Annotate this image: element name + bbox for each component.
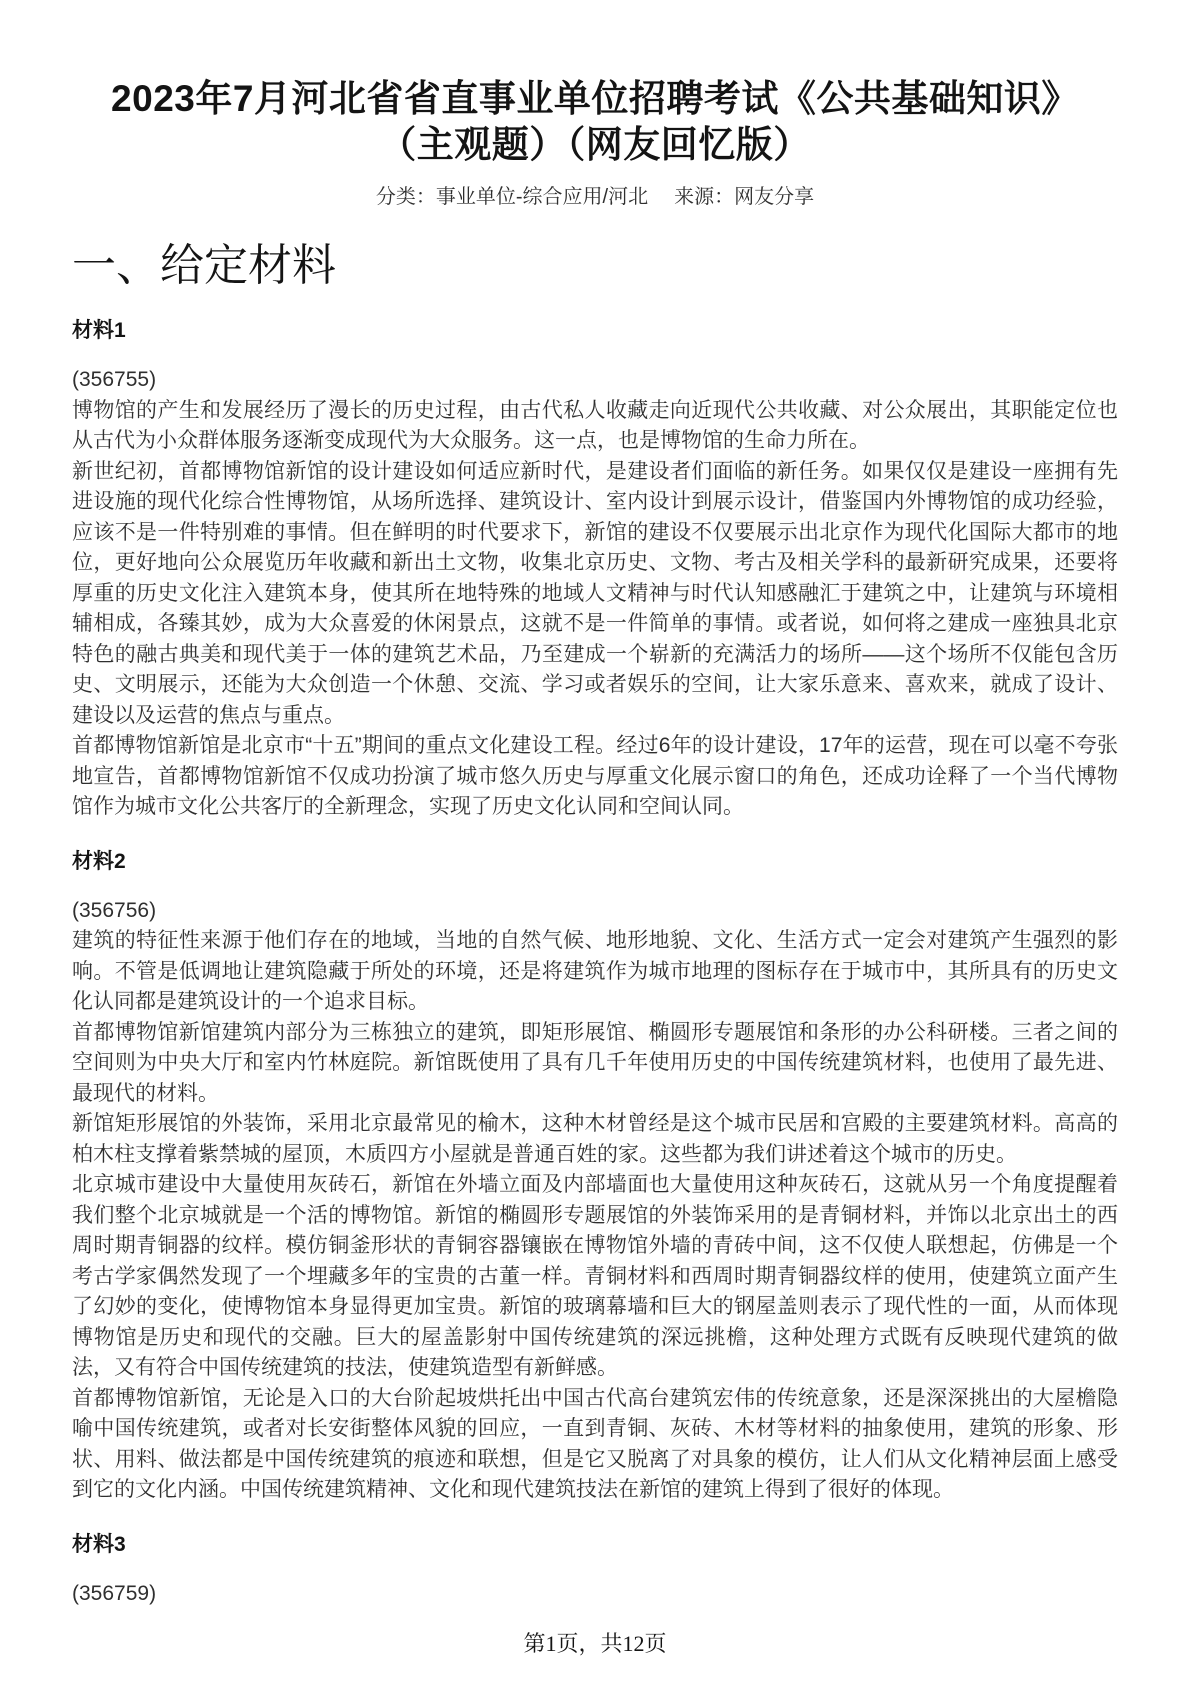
material-body: (356755) 博物馆的产生和发展经历了漫长的历史过程，由古代私人收藏走向近现… [72, 365, 1118, 823]
material-id: (356759) [72, 1579, 1118, 1610]
material-paragraph: 首都博物馆新馆建筑内部分为三栋独立的建筑，即矩形展馆、椭圆形专题展馆和条形的办公… [72, 1018, 1118, 1110]
section-heading: 一、给定材料 [72, 240, 1118, 292]
meta-source: 来源：网友分享 [674, 186, 814, 208]
material-body: (356756) 建筑的特征性来源于他们存在的地域，当地的自然气候、地形地貌、文… [72, 896, 1118, 1506]
material-label: 材料2 [72, 849, 1118, 875]
material-paragraph: 北京城市建设中大量使用灰砖石，新馆在外墙立面及内部墙面也大量使用这种灰砖石，这就… [72, 1170, 1118, 1384]
material-label: 材料1 [72, 318, 1118, 344]
material-id: (356755) [72, 365, 1118, 396]
material-paragraph: 新世纪初，首都博物馆新馆的设计建设如何适应新时代，是建设者们面临的新任务。如果仅… [72, 457, 1118, 732]
material-paragraph: 首都博物馆新馆是北京市“十五”期间的重点文化建设工程。经过6年的设计建设，17年… [72, 731, 1118, 823]
document-title: 2023年7月河北省省直事业单位招聘考试《公共基础知识》（主观题）（网友回忆版） [85, 76, 1105, 168]
material-paragraph: 建筑的特征性来源于他们存在的地域，当地的自然气候、地形地貌、文化、生活方式一定会… [72, 926, 1118, 1018]
meta-category: 分类：事业单位-综合应用/河北 [376, 186, 648, 208]
material-label: 材料3 [72, 1532, 1118, 1558]
material-paragraph: 首都博物馆新馆，无论是入口的大台阶起坡烘托出中国古代高台建筑宏伟的传统意象，还是… [72, 1384, 1118, 1506]
material-section-1: 材料1 (356755) 博物馆的产生和发展经历了漫长的历史过程，由古代私人收藏… [72, 318, 1118, 823]
material-section-3: 材料3 (356759) [72, 1532, 1118, 1610]
material-paragraph: 博物馆的产生和发展经历了漫长的历史过程，由古代私人收藏走向近现代公共收藏、对公众… [72, 396, 1118, 457]
document-meta: 分类：事业单位-综合应用/河北来源：网友分享 [72, 184, 1118, 210]
page-number: 第1页，共12页 [0, 1627, 1190, 1658]
material-id: (356756) [72, 896, 1118, 927]
material-body: (356759) [72, 1579, 1118, 1610]
document-page: 2023年7月河北省省直事业单位招聘考试《公共基础知识》（主观题）（网友回忆版）… [0, 0, 1190, 1684]
material-paragraph: 新馆矩形展馆的外装饰，采用北京最常见的榆木，这种木材曾经是这个城市民居和宫殿的主… [72, 1109, 1118, 1170]
material-section-2: 材料2 (356756) 建筑的特征性来源于他们存在的地域，当地的自然气候、地形… [72, 849, 1118, 1506]
